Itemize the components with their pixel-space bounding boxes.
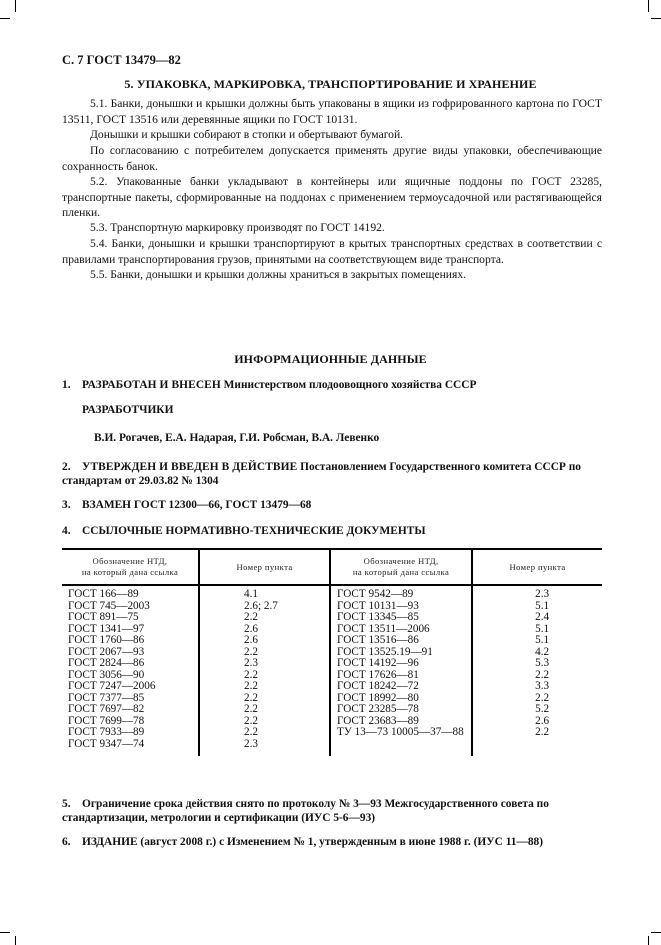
clause-number: 3.3 <box>473 681 602 693</box>
right-clause-column: 2.35.12.45.15.14.25.32.23.32.25.22.62.2 <box>472 585 602 756</box>
paragraph-5-1: 5.1. Банки, донышки и крышки должны быть… <box>62 96 602 127</box>
clause-number: 2.2 <box>200 693 329 705</box>
doc-designation: ГОСТ 7933—89 <box>68 727 198 739</box>
clause-number: 2.6 <box>200 635 329 647</box>
header-doc-right: Обозначение НТД, на который дана ссылка <box>330 549 472 585</box>
doc-designation: ГОСТ 7697—82 <box>68 704 198 716</box>
clause-number: 2.3 <box>200 658 329 670</box>
info-item-1: 1.РАЗРАБОТАН И ВНЕСЕН Министерством плод… <box>62 378 602 392</box>
doc-designation: ГОСТ 9347—74 <box>68 739 198 751</box>
doc-designation: ГОСТ 1760—86 <box>68 635 198 647</box>
crop-mark <box>15 0 16 12</box>
crop-mark <box>0 932 10 933</box>
clause-number: 2.2 <box>200 681 329 693</box>
crop-mark <box>0 18 10 19</box>
clause-number: 2.6; 2.7 <box>200 601 329 613</box>
clause-number: 2.2 <box>200 670 329 682</box>
paragraph-5-2: 5.2. Упакованные банки укладывают в конт… <box>62 174 602 221</box>
crop-mark <box>648 936 649 945</box>
info-item-6: 6.ИЗДАНИЕ (август 2008 г.) с Изменением … <box>62 835 602 849</box>
info-item-3: 3.ВЗАМЕН ГОСТ 12300—66, ГОСТ 13479—68 <box>62 498 602 512</box>
paragraph-5-5: 5.5. Банки, донышки и крышки должны хран… <box>62 267 602 283</box>
clause-number: 2.2 <box>200 704 329 716</box>
developers-names: В.И. Рогачев, Е.А. Надарая, Г.И. Робсман… <box>94 432 379 444</box>
header-clause-left: Номер пункта <box>199 549 330 585</box>
info-item-4: 4.ССЫЛОЧНЫЕ НОРМАТИВНО-ТЕХНИЧЕСКИЕ ДОКУМ… <box>62 524 602 538</box>
page-header: С. 7 ГОСТ 13479—82 <box>62 53 181 68</box>
doc-designation: ТУ 13—73 10005—37—88 <box>337 727 471 739</box>
clause-number: 2.6 <box>200 624 329 636</box>
paragraph-5-1-b: Донышки и крышки собирают в стопки и обе… <box>62 127 602 143</box>
header-clause-right: Номер пункта <box>472 549 602 585</box>
references-table: Обозначение НТД, на который дана ссылка … <box>62 548 602 756</box>
doc-designation: ГОСТ 23285—78 <box>337 704 471 716</box>
clause-number: 2.2 <box>200 716 329 728</box>
developers-label: РАЗРАБОТЧИКИ <box>82 404 173 416</box>
clause-number: 2.3 <box>200 739 329 751</box>
paragraph-5-4: 5.4. Банки, донышки и крышки транспортир… <box>62 236 602 267</box>
crop-mark <box>651 18 661 19</box>
clause-number: 2.2 <box>200 727 329 739</box>
clause-number: 2.3 <box>473 589 602 601</box>
paragraph-5-3: 5.3. Транспортную маркировку производят … <box>62 220 602 236</box>
doc-designation: ГОСТ 891—75 <box>68 612 198 624</box>
doc-designation: ГОСТ 13516—86 <box>337 635 471 647</box>
doc-designation: ГОСТ 9542—89 <box>337 589 471 601</box>
header-doc-left: Обозначение НТД, на который дана ссылка <box>62 549 199 585</box>
clause-number: 2.4 <box>473 612 602 624</box>
clause-number: 5.1 <box>473 635 602 647</box>
crop-mark <box>15 936 16 945</box>
section-5-title: 5. УПАКОВКА, МАРКИРОВКА, ТРАНСПОРТИРОВАН… <box>0 77 661 92</box>
clause-number: 2.2 <box>200 612 329 624</box>
doc-designation: ГОСТ 7247—2006 <box>68 681 198 693</box>
crop-mark <box>651 932 661 933</box>
paragraph-5-1-c: По согласованию с потребителем допускает… <box>62 143 602 174</box>
crop-mark <box>648 0 649 12</box>
info-item-5: 5.Ограничение срока действия снято по пр… <box>62 797 602 825</box>
doc-designation: ГОСТ 18242—72 <box>337 681 471 693</box>
clause-number: 5.2 <box>473 704 602 716</box>
info-item-2: 2.УТВЕРЖДЕН И ВВЕДЕН В ДЕЙСТВИЕ Постанов… <box>62 460 602 488</box>
left-clause-column: 4.12.6; 2.72.22.62.62.22.32.22.22.22.22.… <box>199 585 330 756</box>
right-doc-column: ГОСТ 9542—89ГОСТ 10131—93ГОСТ 13345—85ГО… <box>330 585 472 756</box>
clause-number: 2.2 <box>473 727 602 739</box>
clause-number: 5.3 <box>473 658 602 670</box>
doc-designation: ГОСТ 166—89 <box>68 589 198 601</box>
clause-number: 4.1 <box>200 589 329 601</box>
left-doc-column: ГОСТ 166—89ГОСТ 745—2003ГОСТ 891—75ГОСТ … <box>62 585 199 756</box>
clause-number: 2.2 <box>200 647 329 659</box>
item-number: 1. <box>62 378 82 392</box>
doc-designation: ГОСТ 14192—96 <box>337 658 471 670</box>
info-title: ИНФОРМАЦИОННЫЕ ДАННЫЕ <box>0 352 661 367</box>
doc-designation: ГОСТ 13345—85 <box>337 612 471 624</box>
doc-designation: ГОСТ 2824—86 <box>68 658 198 670</box>
